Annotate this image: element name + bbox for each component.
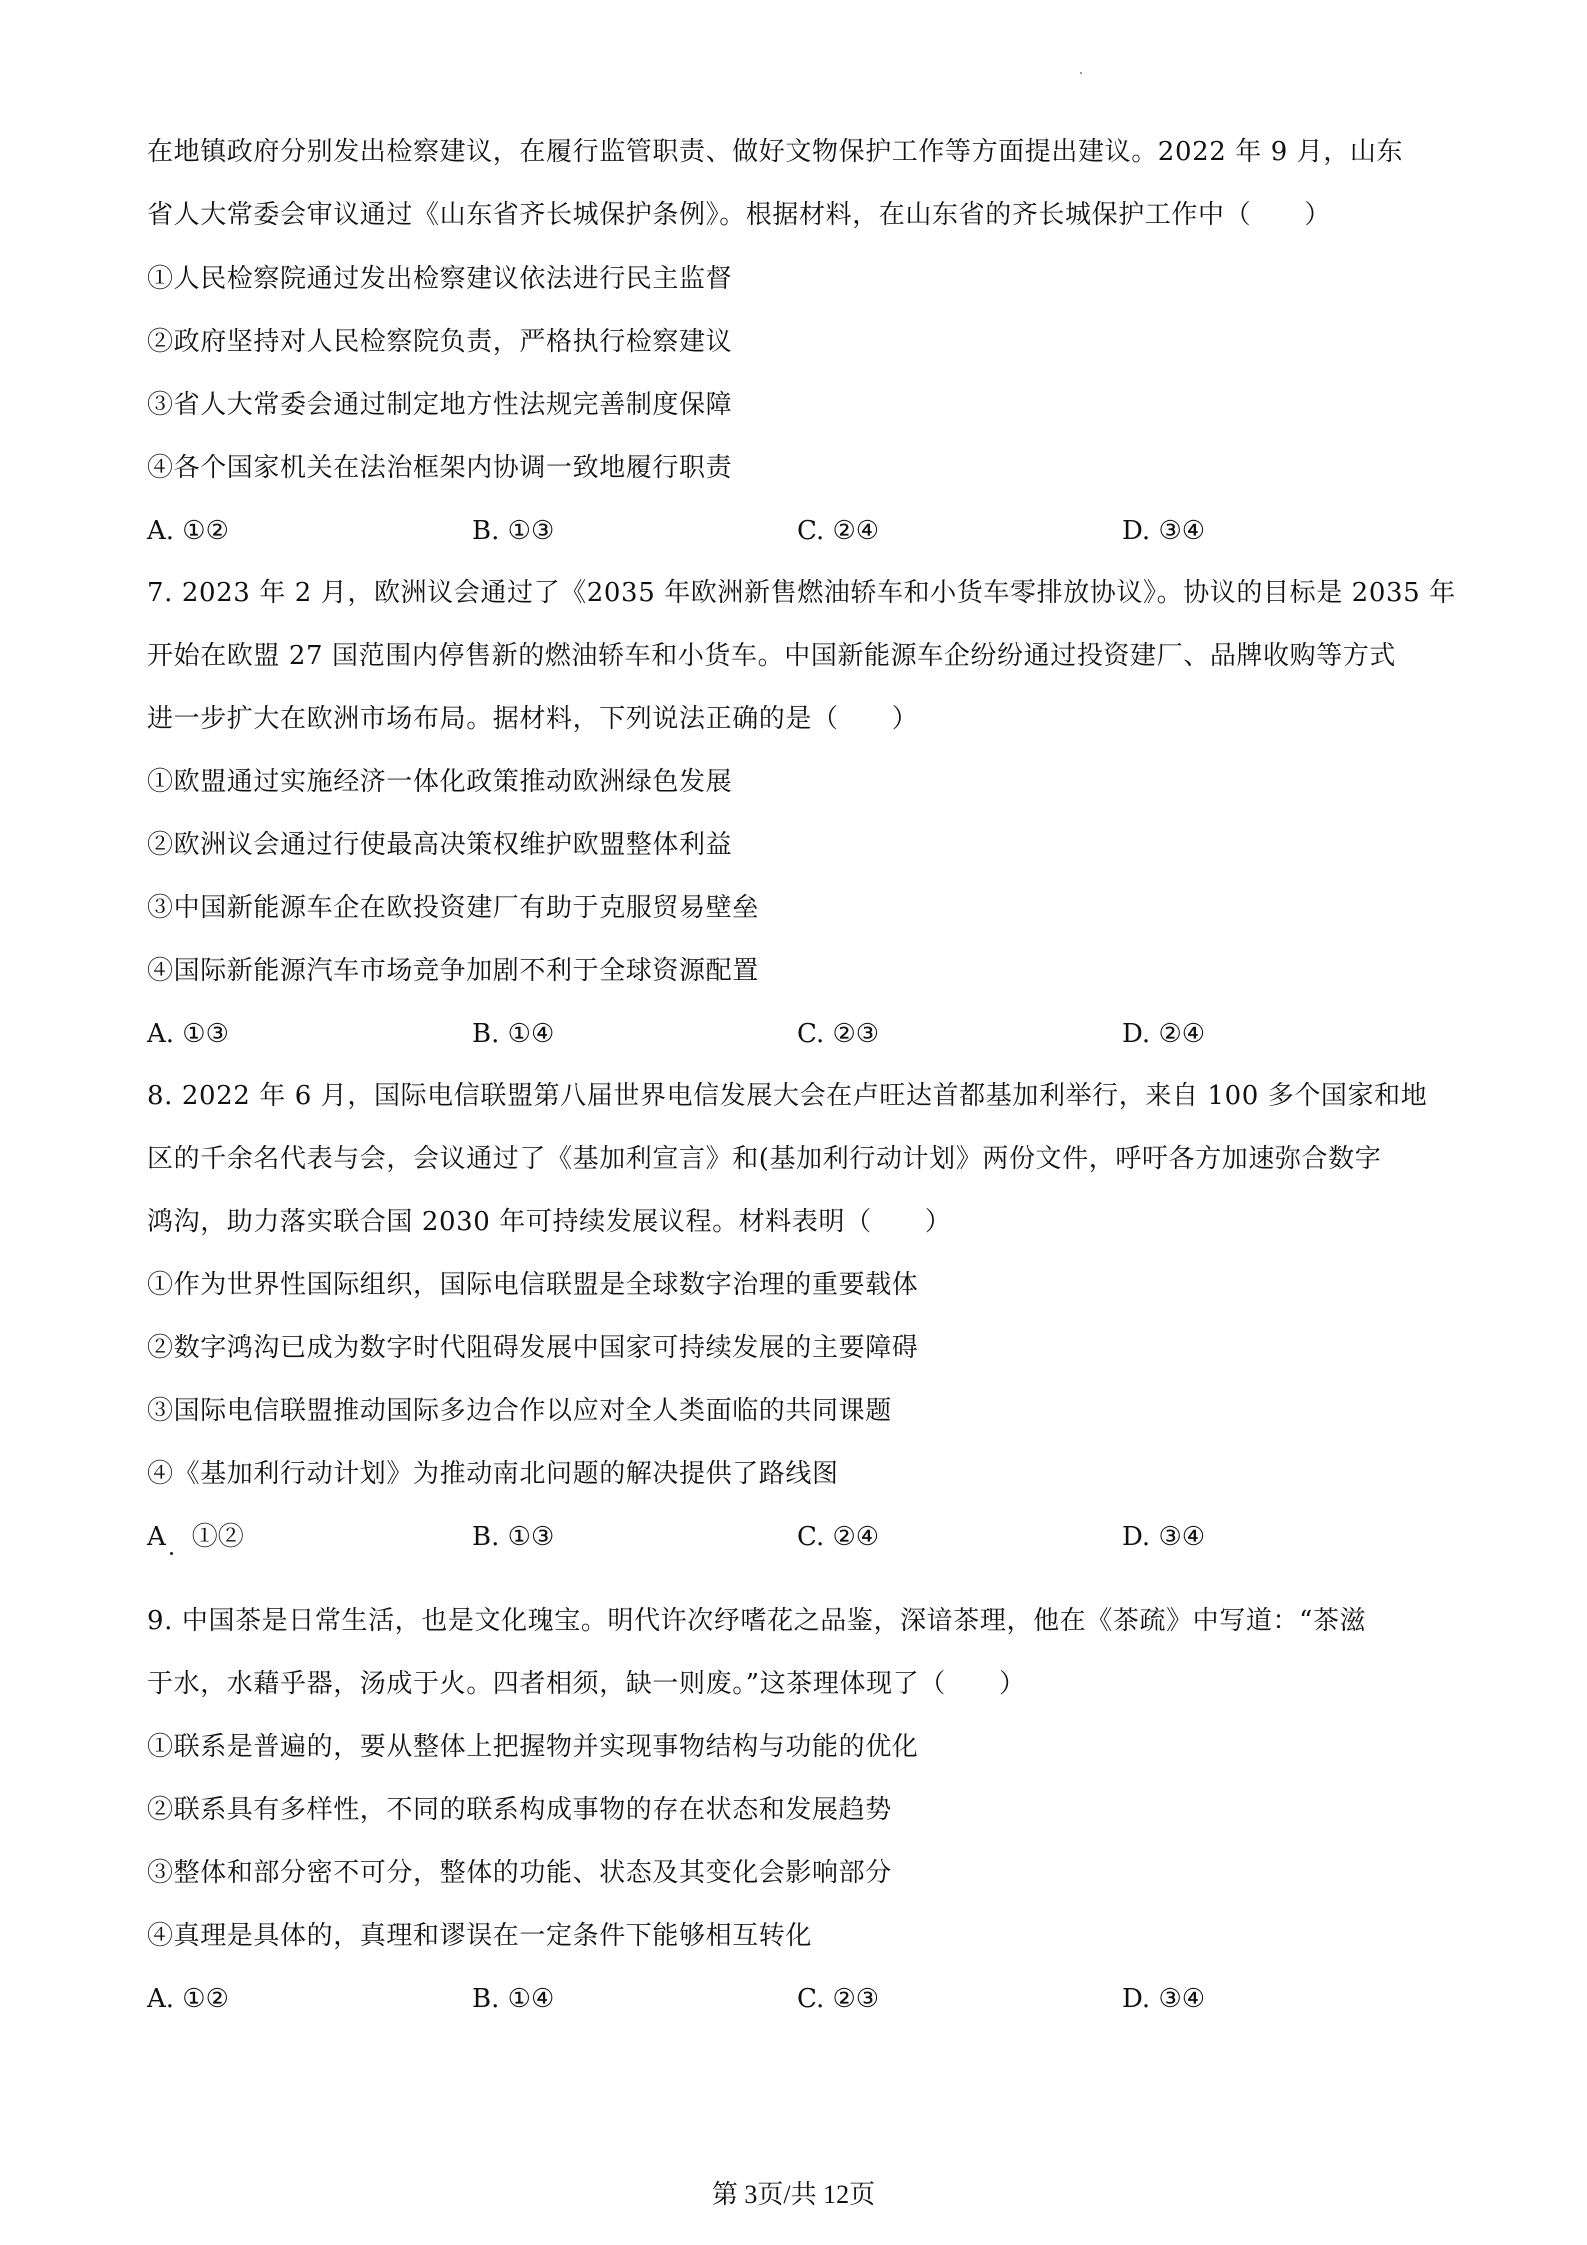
statement-4: ④《基加利行动计划》为推动南北问题的解决提供了路线图 <box>147 1457 839 1491</box>
option-b[interactable]: B. ①④ <box>472 1982 554 2016</box>
statement-1: ①作为世界性国际组织，国际电信联盟是全球数字治理的重要载体 <box>147 1268 918 1302</box>
question-stem-line: 于水，水藉乎器，汤成于火。四者相须，缺一则废。”这茶理体现了（ ） <box>147 1667 1026 1701</box>
option-c[interactable]: C. ②④ <box>797 514 879 548</box>
option-d[interactable]: D. ③④ <box>1122 1982 1205 2016</box>
statement-3: ③国际电信联盟推动国际多边合作以应对全人类面临的共同课题 <box>147 1394 892 1428</box>
option-d[interactable]: D. ③④ <box>1122 1520 1205 1554</box>
answer-options: A ①② B. ①③ C. ②④ D. ③④ <box>147 1520 1447 1554</box>
question-stem-line: 区的千余名代表与会，会议通过了《基加利宣言》和(基加利行动计划》两份文件，呼吁各… <box>147 1142 1381 1176</box>
answer-options: A. ①② B. ①③ C. ②④ D. ③④ <box>147 514 1447 548</box>
option-a[interactable]: A ①② <box>147 1520 244 1554</box>
statement-4: ④国际新能源汽车市场竞争加剧不利于全球资源配置 <box>147 954 759 988</box>
option-b[interactable]: B. ①③ <box>472 514 554 548</box>
question-stem-line: 在地镇政府分别发出检察建议，在履行监管职责、做好文物保护工作等方面提出建议。20… <box>147 135 1403 169</box>
option-a[interactable]: A. ①② <box>147 1982 229 2016</box>
option-a[interactable]: A. ①③ <box>147 1017 229 1051</box>
question-stem-line: 开始在欧盟 27 国范围内停售新的燃油轿车和小货车。中国新能源车企纷纷通过投资建… <box>147 639 1396 673</box>
scan-artifact <box>1080 72 1082 74</box>
option-d[interactable]: D. ②④ <box>1122 1017 1205 1051</box>
option-a[interactable]: A. ①② <box>147 514 229 548</box>
option-d[interactable]: D. ③④ <box>1122 514 1205 548</box>
option-b[interactable]: B. ①④ <box>472 1017 554 1051</box>
answer-options: A. ①③ B. ①④ C. ②③ D. ②④ <box>147 1017 1447 1051</box>
statement-1: ①联系是普遍的，要从整体上把握物并实现事物结构与功能的优化 <box>147 1730 918 1764</box>
question-stem-line: 省人大常委会审议通过《山东省齐长城保护条例》。根据材料，在山东省的齐长城保护工作… <box>147 198 1331 232</box>
statement-2: ②联系具有多样性，不同的联系构成事物的存在状态和发展趋势 <box>147 1793 892 1827</box>
statement-3: ③中国新能源车企在欧投资建厂有助于克服贸易壁垒 <box>147 891 759 925</box>
statement-3: ③整体和部分密不可分，整体的功能、状态及其变化会影响部分 <box>147 1856 892 1890</box>
answer-options: A. ①② B. ①④ C. ②③ D. ③④ <box>147 1982 1447 2016</box>
statement-4: ④真理是具体的，真理和谬误在一定条件下能够相互转化 <box>147 1919 812 1953</box>
statement-1: ①欧盟通过实施经济一体化政策推动欧洲绿色发展 <box>147 765 732 799</box>
question-stem-line: 鸿沟，助力落实联合国 2030 年可持续发展议程。材料表明（ ） <box>147 1205 952 1239</box>
statement-1: ①人民检察院通过发出检察建议依法进行民主监督 <box>147 262 732 296</box>
page-number-footer: 第 3页/共 12页 <box>0 2178 1587 2212</box>
question-stem-line: 进一步扩大在欧洲市场布局。据材料，下列说法正确的是（ ） <box>147 702 918 736</box>
option-c[interactable]: C. ②③ <box>797 1017 879 1051</box>
question-stem-line: 9. 中国茶是日常生活，也是文化瑰宝。明代许次纾嗜花之品鉴，深谙茶理，他在《茶疏… <box>147 1604 1366 1638</box>
statement-4: ④各个国家机关在法治框架内协调一致地履行职责 <box>147 451 732 485</box>
option-b[interactable]: B. ①③ <box>472 1520 554 1554</box>
statement-3: ③省人大常委会通过制定地方性法规完善制度保障 <box>147 388 732 422</box>
stray-period-mark <box>170 1552 173 1555</box>
exam-page: 在地镇政府分别发出检察建议，在履行监管职责、做好文物保护工作等方面提出建议。20… <box>0 0 1587 2245</box>
option-c[interactable]: C. ②④ <box>797 1520 879 1554</box>
question-stem-line: 8. 2022 年 6 月，国际电信联盟第八届世界电信发展大会在卢旺达首都基加利… <box>147 1079 1427 1113</box>
statement-2: ②欧洲议会通过行使最高决策权维护欧盟整体利益 <box>147 828 732 862</box>
question-stem-line: 7. 2023 年 2 月，欧洲议会通过了《2035 年欧洲新售燃油轿车和小货车… <box>147 576 1456 610</box>
option-c[interactable]: C. ②③ <box>797 1982 879 2016</box>
statement-2: ②数字鸿沟已成为数字时代阻碍发展中国家可持续发展的主要障碍 <box>147 1331 918 1365</box>
statement-2: ②政府坚持对人民检察院负责，严格执行检察建议 <box>147 325 732 359</box>
